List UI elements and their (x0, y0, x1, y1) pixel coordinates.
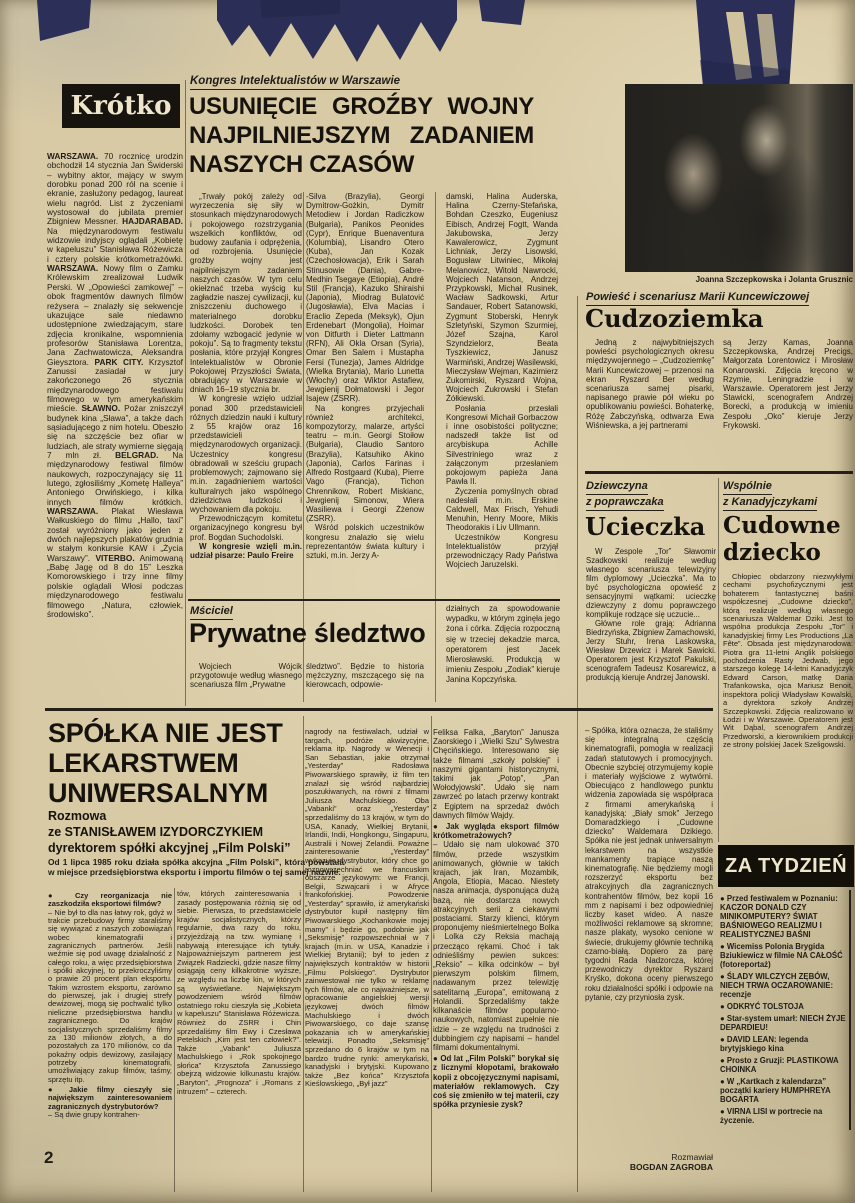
divider-vertical (431, 716, 432, 1192)
krotko-item-text: Na międzynarodowy festiwal filmów naukow… (47, 450, 183, 507)
spolka-subhead-line2: ze STANISŁAWEM IZYDORCZYKIEM (48, 824, 290, 840)
za-tydzien-list: ● Przed festiwalem w Poznaniu: KACZOR DO… (720, 894, 850, 1132)
spolka-subhead-line1: Rozmowa (48, 808, 290, 824)
divider-vertical (435, 192, 436, 702)
cudzoziemka-paragraph: Jedną z najwybitniejszych powieści psych… (586, 338, 714, 430)
congress-headline: USUNIĘCIE GROŹBY WOJNY NAJPILNIEJSZYM ZA… (189, 92, 534, 179)
congress-kicker-text: Kongres Intelektualistów w Warszawie (190, 74, 400, 90)
spolka-headline: SPÓŁKA NIE JEST LEKARSTWEM UNIWERSALNYM (48, 718, 323, 808)
congress-paragraph: -Silva (Brazylia), Georgi Dymitrow-Gożki… (306, 192, 424, 404)
cudowne-headline: Cudowne dziecko (723, 512, 848, 566)
cudowne-kicker-line1: Wspólnie (723, 479, 772, 495)
film-still-photo (625, 84, 853, 272)
interview-signature: Rozmawiał BOGDAN ZAGROBA (565, 1152, 713, 1172)
krotko-item-text: Na międzynarodowym festiwalu widzowie in… (47, 226, 183, 264)
congress-paragraph: W kongresie wzięli m.in. udział pisarze:… (190, 542, 302, 560)
interview-column-5: – Spółka, która oznacza, że staliśmy się… (585, 726, 713, 1146)
sledztwo-column-2: śledztwo”. Będzie to historia mężczyzny,… (306, 662, 424, 706)
krotko-title-text: Krótko (70, 91, 171, 121)
cudzoziemka-paragraph: są Jerzy Kamas, Joanna Szczepkowska, And… (723, 338, 853, 430)
krotko-column: WARSZAWA. 70 rocznicę urodzin obchodził … (47, 152, 183, 704)
ucieczka-paragraph: W Zespole „Tor” Sławomir Szadkowski real… (586, 547, 716, 619)
ucieczka-paragraph: Główne role grają: Adrianna Biedrzyńska,… (586, 619, 716, 682)
congress-paragraph: Na kongres przyjechali również architekc… (306, 404, 424, 524)
interview-answer: – Udało się nam ulokować 370 filmów, prz… (433, 840, 559, 1052)
congress-paragraph: „Trwały pokój zależy od wyrzeczenia się … (190, 192, 302, 394)
krotko-item-text: Nowy film o Zamku Królewskim zrealizował… (47, 263, 183, 366)
cudowne-kicker: Wspólnie z Kanadyjczykami (723, 479, 817, 511)
congress-column-3: damski, Halina Auderska, Halina Czerny-S… (446, 192, 558, 596)
divider-vertical (718, 478, 719, 842)
interview-answer: – Są dwie grupy kontrahen- (48, 1111, 172, 1119)
cudzoziemka-headline: Cudzoziemka (585, 304, 764, 333)
ucieczka-kicker-line2: z poprawczaka (586, 495, 664, 511)
congress-paragraph: Wśród polskich uczestników kongresu znal… (306, 523, 424, 560)
sledztwo-column-3: działnych za spowodowanie wypadku, w któ… (446, 604, 560, 706)
za-tydzien-item: ● Przed festiwalem w Poznaniu: KACZOR DO… (720, 894, 850, 939)
spolka-subhead: Rozmowa ze STANISŁAWEM IZYDORCZYKIEM dyr… (48, 808, 290, 856)
divider-vertical (577, 296, 578, 1192)
za-tydzien-item: ● Prosto z Gruzji: PLASTIKOWA CHOINKA (720, 1056, 850, 1074)
za-tydzien-item: ● W „Kartkach z kalendarza” początki kar… (720, 1077, 850, 1104)
interview-answer: – Spółka, która oznacza, że staliśmy się… (585, 726, 713, 1002)
interview-question: ● Od lat „Film Polski” borykał się z lic… (433, 1054, 559, 1109)
congress-paragraph: Uczestników Kongresu Intelektualistów pr… (446, 533, 558, 570)
signature-name: BOGDAN ZAGROBA (565, 1162, 713, 1172)
interview-column-3: nagrody na festiwalach, udział w targach… (305, 728, 429, 1192)
photo-caption: Joanna Szczepkowska i Jolanta Grusznic (625, 275, 853, 284)
za-tydzien-item: ● DAVID LEAN: legenda brytyjskiego kina (720, 1035, 850, 1053)
za-tydzien-item: ● Star-system umarł: NIECH ŻYJE DEPARDIE… (720, 1014, 850, 1032)
za-tydzien-title-box: ZA TYDZIEŃ (718, 845, 854, 887)
za-tydzien-item: ● ODKRYĆ TOLSTOJA (720, 1002, 850, 1011)
congress-kicker: Kongres Intelektualistów w Warszawie (190, 74, 400, 90)
krotko-item-text: Animowaną „Babę Jagę od 8 do 15” Leszka … (47, 553, 183, 619)
sledztwo-paragraph: działnych za spowodowanie wypadku, w któ… (446, 604, 560, 686)
signature-label: Rozmawiał (565, 1152, 713, 1162)
sledztwo-paragraph: śledztwo”. Będzie to historia mężczyzny,… (306, 662, 424, 690)
krotko-body: WARSZAWA. 70 rocznicę urodzin obchodził … (47, 152, 183, 619)
congress-paragraph: damski, Halina Auderska, Halina Czerny-S… (446, 192, 558, 404)
cudzoziemka-column-2: są Jerzy Kamas, Joanna Szczepkowska, And… (723, 338, 853, 470)
cudowne-column: Chłopiec obdarzony niezwykłymi cechami p… (723, 573, 853, 843)
interview-column-1: ● Czy reorganizacja nie zaszkodziła eksp… (48, 890, 172, 1146)
cudowne-kicker-line2: z Kanadyjczykami (723, 495, 817, 511)
page-number: 2 (44, 1148, 53, 1168)
divider-vertical (174, 888, 175, 1192)
ucieczka-column: W Zespole „Tor” Sławomir Szadkowski real… (586, 547, 716, 709)
interview-question: ● Czy reorganizacja nie zaszkodziła eksp… (48, 892, 172, 909)
congress-paragraph: Przewodniczącym komitetu organizacyjnego… (190, 514, 302, 542)
za-tydzien-item: ● Wicemiss Polonia Brygida Bziukiewicz w… (720, 942, 850, 969)
spolka-subhead-line3: dyrektorem spółki akcyjnej „Film Polski” (48, 840, 290, 856)
interview-column-4: Feliksa Falka, „Baryton” Janusza Zaorski… (433, 728, 559, 1192)
congress-column-2: -Silva (Brazylia), Georgi Dymitrow-Gożki… (306, 192, 424, 596)
congress-column-1: „Trwały pokój zależy od wyrzeczenia się … (190, 192, 302, 596)
interview-answer: Feliksa Falka, „Baryton” Janusza Zaorski… (433, 728, 559, 820)
divider-vertical (185, 80, 186, 706)
cudzoziemka-column-1: Jedną z najwybitniejszych powieści psych… (586, 338, 714, 470)
sledztwo-column-1: Wojciech Wójcik przygotowuje według włas… (190, 662, 302, 706)
za-tydzien-title: ZA TYDZIEŃ (725, 855, 847, 878)
ucieczka-kicker-line1: Dziewczyna (586, 479, 648, 495)
interview-answer: nagrody na festiwalach, udział w targach… (305, 728, 429, 1089)
congress-paragraph: Życzenia pomyślnych obrad nadesłali m.in… (446, 487, 558, 533)
divider-horizontal (188, 599, 560, 601)
congress-paragraph: Posłania przesłali Kongresowi Michaił Go… (446, 404, 558, 487)
sledztwo-headline: Prywatne śledztwo (189, 618, 425, 649)
interview-answer: tów, których zainteresowania i zasady po… (177, 890, 301, 1096)
newspaper-page: Krótko WARSZAWA. 70 rocznicę urodzin obc… (0, 0, 855, 1203)
divider-horizontal (585, 471, 853, 474)
krotko-item-text: 70 rocznicę urodzin obchodził 14 styczni… (47, 152, 183, 226)
sledztwo-paragraph: Wojciech Wójcik przygotowuje według włas… (190, 662, 302, 690)
congress-paragraph: W kongresie wzięło udział ponad 300 prze… (190, 394, 302, 514)
za-tydzien-item: ● VIRNA LISI w portrecie na życzenie. (720, 1107, 850, 1125)
ucieczka-kicker: Dziewczyna z poprawczaka (586, 479, 664, 511)
interview-answer: – Nie był to dla nas łatwy rok, gdyż w t… (48, 909, 172, 1084)
cudowne-paragraph: Chłopiec obdarzony niezwykłymi cechami p… (723, 573, 853, 750)
spolka-lead: Od 1 lipca 1985 roku działa spółka akcyj… (48, 858, 344, 878)
interview-question: ● Jakie filmy cieszyły się największym z… (48, 1086, 172, 1111)
interview-column-2: tów, których zainteresowania i zasady po… (177, 890, 301, 1192)
krotko-section-title: Krótko (62, 84, 180, 128)
interview-question: ● Jak wygląda eksport filmów krótkometra… (433, 822, 559, 840)
za-tydzien-item: ● ŚLADY WILCZYCH ZĘBÓW, NIECH TRWA OCZAR… (720, 972, 850, 999)
ucieczka-headline: Ucieczka (585, 512, 705, 541)
